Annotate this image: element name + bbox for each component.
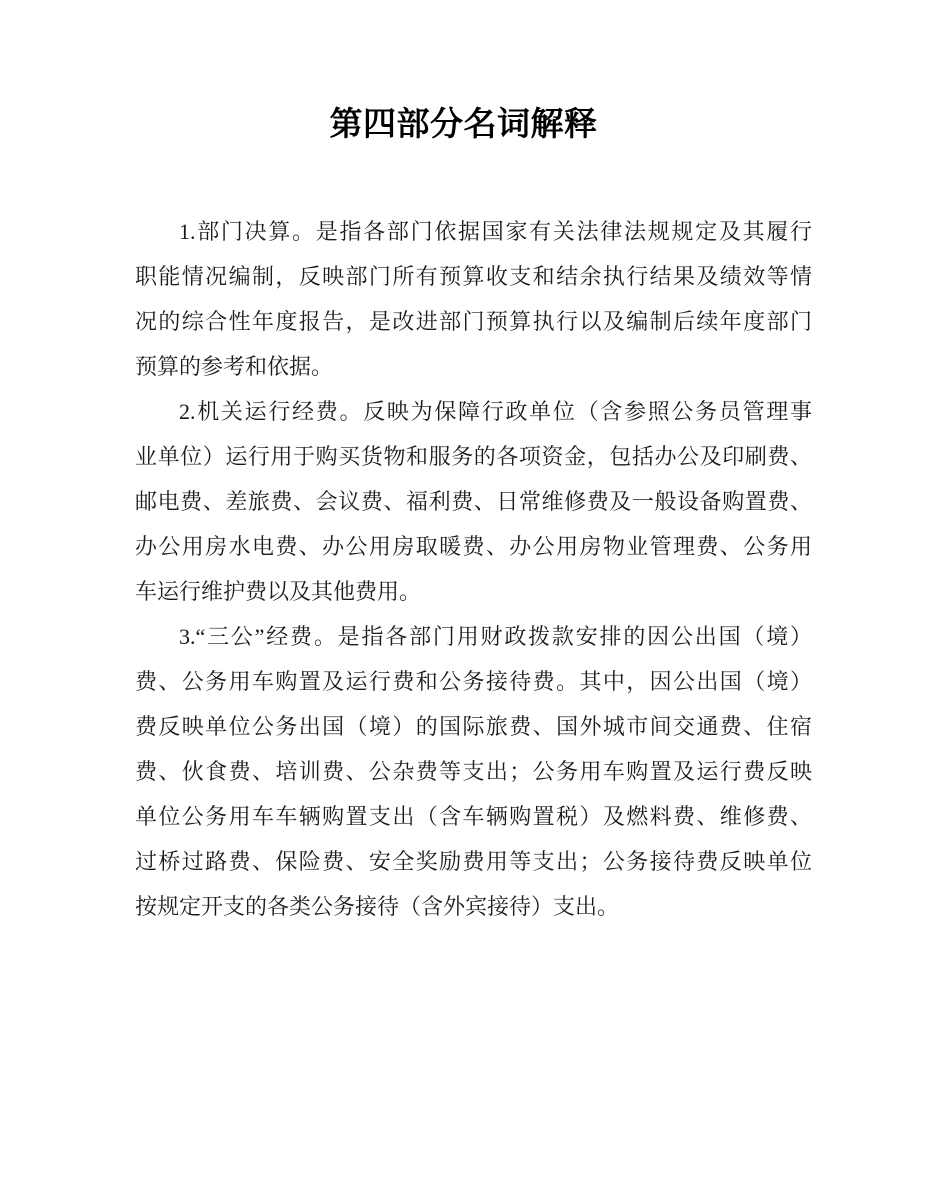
document-body: 1.部门决算。是指各部门依据国家有关法律法规规定及其履行职能情况编制，反映部门所…: [135, 209, 812, 929]
text-line: 业单位）运行用于购买货物和服务的各项资金，包括办公及印刷费、: [135, 434, 812, 479]
text-line: 3.“三公”经费。是指各部门用财政拨款安排的因公出国（境）: [135, 614, 812, 659]
text-line: 预算的参考和依据。: [135, 344, 812, 389]
text-line: 邮电费、差旅费、会议费、福利费、日常维修费及一般设备购置费、: [135, 479, 812, 524]
text-line: 费、伙食费、培训费、公杂费等支出；公务用车购置及运行费反映: [135, 749, 812, 794]
page-title: 第四部分名词解释: [0, 100, 927, 150]
text-line: 职能情况编制，反映部门所有预算收支和结余执行结果及绩效等情: [135, 254, 812, 299]
text-line: 单位公务用车车辆购置支出（含车辆购置税）及燃料费、维修费、: [135, 794, 812, 839]
text-line: 办公用房水电费、办公用房取暖费、办公用房物业管理费、公务用: [135, 524, 812, 569]
text-line: 按规定开支的各类公务接待（含外宾接待）支出。: [135, 884, 812, 929]
text-line: 车运行维护费以及其他费用。: [135, 569, 812, 614]
text-line: 2.机关运行经费。反映为保障行政单位（含参照公务员管理事: [135, 389, 812, 434]
text-line: 费、公务用车购置及运行费和公务接待费。其中，因公出国（境）: [135, 659, 812, 704]
text-line: 过桥过路费、保险费、安全奖励费用等支出；公务接待费反映单位: [135, 839, 812, 884]
text-line: 1.部门决算。是指各部门依据国家有关法律法规规定及其履行: [135, 209, 812, 254]
document-page: 第四部分名词解释 1.部门决算。是指各部门依据国家有关法律法规规定及其履行职能情…: [0, 0, 927, 1200]
text-line: 费反映单位公务出国（境）的国际旅费、国外城市间交通费、住宿: [135, 704, 812, 749]
text-line: 况的综合性年度报告，是改进部门预算执行以及编制后续年度部门: [135, 299, 812, 344]
